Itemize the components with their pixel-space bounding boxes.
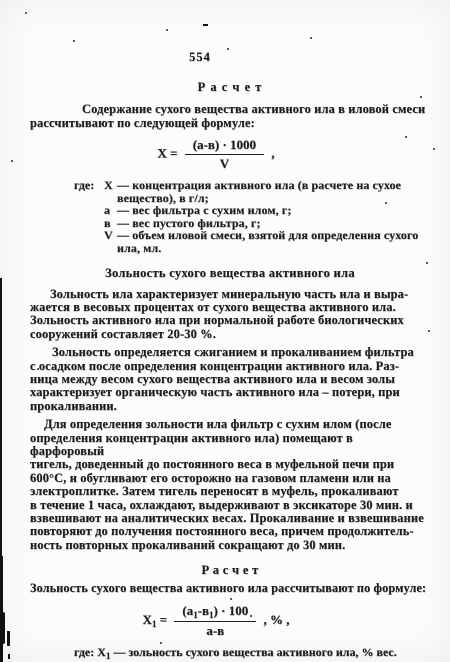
section2-heading: Зольность сухого вещества активного ила xyxy=(30,266,430,281)
formula1-tail: , xyxy=(271,145,274,160)
scanned-document-page: 554 Р а с ч е т Содержание сухого вещест… xyxy=(0,0,450,662)
legend-symbol: а xyxy=(104,204,117,217)
legend1-prefix: где: xyxy=(74,179,94,192)
legend-text: — концентрация активного ила (в расчете … xyxy=(117,179,401,204)
scan-speck xyxy=(428,330,430,332)
legend2-prefix: где: xyxy=(74,645,94,659)
scan-speck xyxy=(160,642,162,644)
scan-speck xyxy=(310,37,312,39)
scan-speck xyxy=(11,160,13,162)
formula2-numerator: (а1-в1) · 100 xyxy=(174,603,256,622)
formula1-lhs: X = xyxy=(157,145,177,160)
scan-edge-line-thick xyxy=(0,556,3,662)
section2-para2: Зольность определяется сжиганием и прока… xyxy=(30,346,430,413)
section2-para1: Зольность ила характеризует минеральную … xyxy=(30,288,430,342)
scan-speck xyxy=(73,40,75,42)
formula-ash-content: X1 = (а1-в1) · 100 а-в , % , xyxy=(16,603,416,639)
scan-speck xyxy=(433,148,435,150)
scan-edge-blob xyxy=(0,612,5,644)
scan-speck xyxy=(25,12,27,14)
page-number: 554 xyxy=(0,50,400,65)
legend2-text: — зольность сухого вещества активного ил… xyxy=(113,645,396,659)
legend-ash: где: Х1 — зольность сухого вещества акти… xyxy=(30,645,430,661)
formula2-fraction: (а1-в1) · 100 а-в xyxy=(174,603,256,639)
scan-speck xyxy=(250,615,252,617)
legend-text: — объем иловой смеси, взятой для определ… xyxy=(117,229,418,254)
formula1-fraction: (а-в) · 1000 V xyxy=(185,137,264,172)
scan-speck xyxy=(385,202,387,204)
scan-speck xyxy=(405,136,407,138)
scan-dash-mark xyxy=(203,24,208,26)
section1-intro: Содержание сухого вещества активного ила… xyxy=(30,103,430,130)
legend-symbol: Х xyxy=(104,179,117,192)
section3-intro: Зольность сухого вещества активного ила … xyxy=(30,582,430,595)
legend-item-volume: V — объем иловой смеси, взятой для опред… xyxy=(104,229,430,254)
legend-item-x: Х — концентрация активного ила (в расчет… xyxy=(104,179,430,204)
formula2-denominator: а-в xyxy=(174,622,256,639)
section3-heading: Р а с ч е т xyxy=(30,563,430,578)
scan-edge-dot xyxy=(8,654,10,659)
section2-para3: Для определения зольности ила фильтр с с… xyxy=(30,418,430,552)
legend-symbol: V xyxy=(104,229,117,242)
scan-speck xyxy=(37,368,39,370)
scan-speck xyxy=(426,262,428,264)
legend-concentration: где: Х — концентрация активного ила (в р… xyxy=(30,179,430,255)
scan-speck xyxy=(230,598,232,600)
legend-item-a: а — вес фильтра с сухим илом, г; xyxy=(104,204,430,217)
formula2-lhs: X1 = xyxy=(143,612,168,627)
scan-edge-tick xyxy=(7,631,10,646)
scan-speck xyxy=(166,29,168,31)
formula1-denominator: V xyxy=(185,155,264,172)
formula-concentration: X = (а-в) · 1000 V , xyxy=(16,137,416,172)
scan-speck xyxy=(227,48,229,50)
formula2-tail: , % , xyxy=(263,612,289,627)
formula1-numerator: (а-в) · 1000 xyxy=(185,137,264,155)
legend2-symbol: Х1 xyxy=(97,645,110,659)
section1-heading: Р а с ч е т xyxy=(30,80,430,95)
scan-speck xyxy=(420,96,422,98)
legend-text: — вес фильтра с сухим илом, г; xyxy=(117,204,291,217)
